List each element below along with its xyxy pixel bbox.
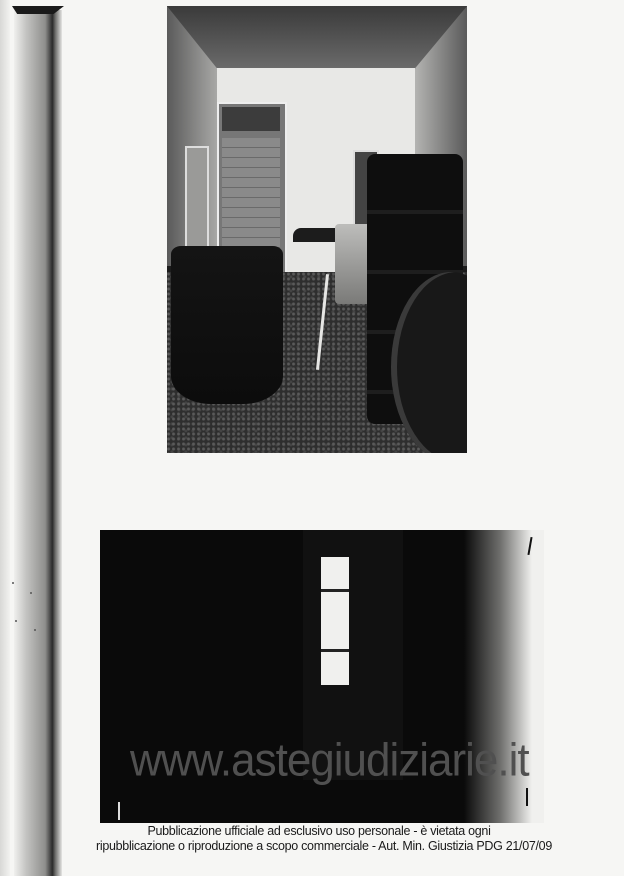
scan-mark xyxy=(118,802,120,820)
tire-stack-left xyxy=(171,246,283,404)
watermark: www.astegiudiziarie.it xyxy=(130,731,494,792)
transom-window xyxy=(222,107,280,131)
notice-line-2: ripubblicazione o riproduzione a scopo c… xyxy=(96,839,542,854)
scanned-page: www.astegiudiziarie.it Pubblicazione uff… xyxy=(0,0,624,876)
publication-notice: Pubblicazione ufficiale ad esclusivo uso… xyxy=(96,824,542,854)
scan-speck xyxy=(34,629,36,631)
page-left-edge xyxy=(0,0,10,876)
scan-speck xyxy=(12,582,14,584)
left-doorway xyxy=(185,146,209,248)
lit-window xyxy=(321,557,349,685)
notice-line-1: Pubblicazione ufficiale ad esclusivo uso… xyxy=(96,824,542,839)
photo-interior-tires xyxy=(167,6,467,453)
scan-speck xyxy=(15,620,17,622)
scan-speck xyxy=(30,592,32,594)
ceiling xyxy=(167,6,467,68)
window-mullion xyxy=(321,589,349,592)
scan-mark xyxy=(526,788,528,806)
chair xyxy=(335,224,371,304)
window-mullion xyxy=(321,649,349,652)
binding-shadow xyxy=(14,10,62,876)
